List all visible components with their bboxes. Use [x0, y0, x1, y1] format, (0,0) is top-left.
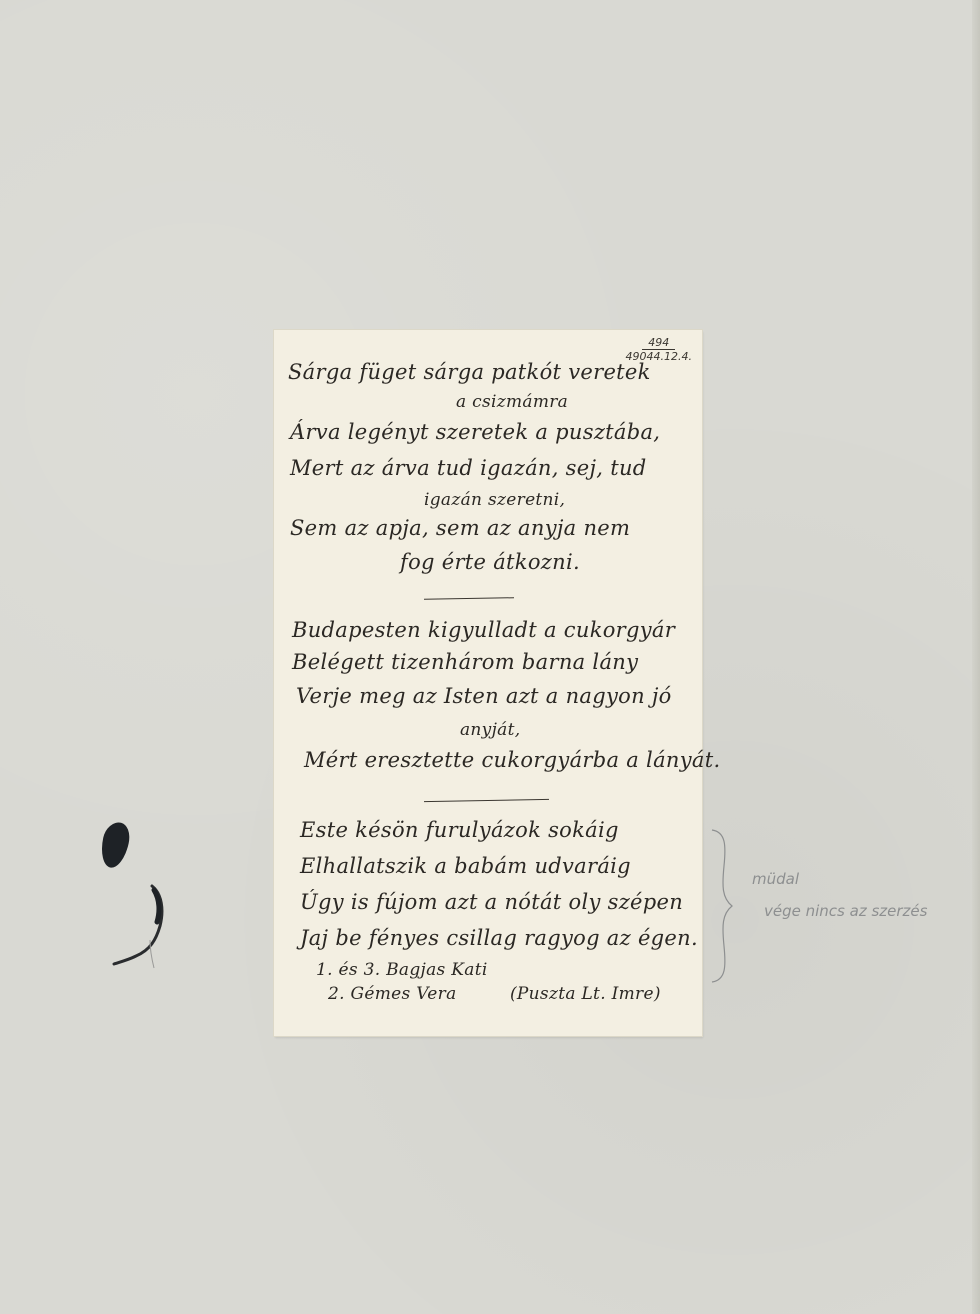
stanza-2-line-5: Mért eresztette cukorgyárba a lányát.	[304, 748, 720, 772]
mounting-board: 494 49044.12.4. Sárga füget sárga patkót…	[0, 0, 980, 1314]
pencil-note-line-2: vége nincs az szerzés	[764, 902, 927, 920]
stanza-3-line-1: Este késön furulyázok sokáig	[300, 818, 619, 842]
stanza-1-line-1: Sárga füget sárga patkót veretek	[288, 360, 651, 384]
ink-blot	[98, 820, 133, 870]
stanza-2-line-1: Budapesten kigyulladt a cukorgyár	[292, 618, 675, 642]
stanza-3-line-2: Elhallatszik a babám udvaráig	[300, 854, 631, 878]
stanza-divider	[424, 597, 514, 600]
manuscript-card: 494 49044.12.4. Sárga füget sárga patkót…	[274, 330, 702, 1036]
stanza-1-line-7: fog érte átkozni.	[400, 550, 580, 574]
catalog-number: 494 49044.12.4.	[626, 336, 692, 363]
pencil-note-line-1: müdal	[752, 870, 799, 888]
ink-smear	[110, 880, 180, 970]
stanza-2-line-2: Belégett tizenhárom barna lány	[292, 650, 638, 674]
performers-line-1: 1. és 3. Bagjas Kati	[316, 960, 488, 980]
board-right-edge	[972, 0, 980, 1314]
performers-collector: (Puszta Lt. Imre)	[510, 984, 661, 1004]
stanza-2-line-4: anyját,	[460, 720, 520, 740]
stanza-divider	[424, 799, 549, 802]
stanza-1-line-5: igazán szeretni,	[424, 490, 565, 510]
stanza-1-line-3: Árva legényt szeretek a pusztába,	[290, 420, 660, 444]
stanza-1-line-6: Sem az apja, sem az anyja nem	[290, 516, 630, 540]
catalog-number-top: 494	[642, 336, 675, 350]
stanza-3-line-3: Úgy is fújom azt a nótát oly szépen	[300, 890, 683, 914]
stanza-3-line-4: Jaj be fényes csillag ragyog az égen.	[300, 926, 698, 950]
stanza-1-line-2: a csizmámra	[456, 392, 568, 412]
pencil-brace	[708, 826, 738, 986]
stanza-2-line-3: Verje meg az Isten azt a nagyon jó	[296, 684, 672, 708]
stanza-1-line-4: Mert az árva tud igazán, sej, tud	[290, 456, 647, 480]
performers-line-2: 2. Gémes Vera	[328, 984, 457, 1004]
